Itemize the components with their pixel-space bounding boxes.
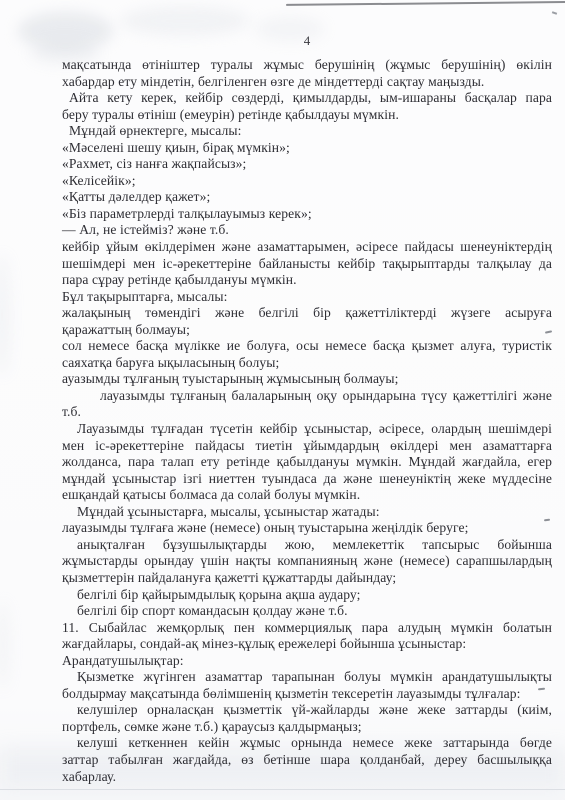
text-line: портфель, сөмке және т.б.) қараусыз қалд… (62, 719, 552, 736)
paragraph: Мұндай өрнектерге, мысалы: (62, 123, 552, 140)
text-line: жолданса, пара талап ету ретінде қабылда… (62, 454, 552, 471)
text-line: — Ал, не істейміз? және т.б. (62, 222, 552, 239)
text-line: белгілі бір қайырымдылық қорына ақша ауд… (62, 587, 552, 604)
paragraph: жалақының төмендігі және белгілі бір қаж… (62, 305, 552, 338)
paragraph: Мұндай ұсыныстарға, мысалы, ұсыныстар жа… (62, 504, 552, 521)
paragraph: сол немесе басқа мүлікке ие болуға, осы … (62, 338, 552, 371)
text-line: Мұндай ұсыныстарға, мысалы, ұсыныстар жа… (62, 504, 552, 521)
text-line: кейбір ұйым өкілдерімен және азаматтарым… (62, 239, 552, 256)
text-line: заттар табылған жағдайда, өз бетінше шар… (62, 752, 552, 769)
text-line: Бұл тақырыптарға, мысалы: (62, 289, 552, 306)
text-line: жұмыстарды орындау үшін нақты компанияны… (62, 553, 552, 570)
text-line: беру туралы өтініш (емеурін) ретінде қаб… (62, 107, 552, 124)
text-line: қаражаттың болмауы; (62, 322, 552, 339)
text-line: анықталған бұзушылықтарды жою, мемлекетт… (62, 537, 552, 554)
paragraph: «Мәселені шешу қиын, бірақ мүмкін»; (62, 140, 552, 157)
text-line: Лауазымды тұлғадан түсетін кейбір ұсыныс… (62, 421, 552, 438)
scan-edge-line (286, 1, 565, 6)
paragraph: «Біз параметрлерді талқылауымыз керек»; (62, 206, 552, 223)
text-line: ешқандай қатысы болмаса да солай болуы м… (62, 487, 552, 504)
text-line: белгілі бір спорт командасын қолдау және… (62, 603, 552, 620)
text-line: т.б. (62, 404, 552, 421)
paragraph: Қызметке жүгінген азаматтар тарапынан бо… (62, 669, 552, 702)
text-line: хабарлау. (62, 769, 552, 786)
text-line: Арандатушылықтар: (62, 653, 552, 670)
paragraph: келушілер орналасқан қызметтік үй-жайлар… (62, 702, 552, 735)
paragraph: 11. Сыбайлас жемқорлық пен коммерциялық … (62, 620, 552, 653)
text-line: 11. Сыбайлас жемқорлық пен коммерциялық … (62, 620, 552, 637)
text-line: жағдайлары, сондай-ақ мінез-құлық ережел… (62, 636, 552, 653)
document-page: 4 мақсатында өтініштер туралы жұмыс беру… (0, 0, 565, 800)
text-line: «Рахмет, сіз нанға жақпайсыз»; (62, 156, 552, 173)
paragraph: келуші кеткеннен кейін жұмыс орнында нем… (62, 735, 552, 785)
text-line: Айта кету керек, кейбір сөздерді, қимылд… (62, 90, 552, 107)
text-line: хабардар ету міндетін, белгіленген өзге … (62, 74, 552, 91)
paragraph: — Ал, не істейміз? және т.б. (62, 222, 552, 239)
paragraph: анықталған бұзушылықтарды жою, мемлекетт… (62, 537, 552, 587)
text-line: мұндай ұсыныстар ізгі ниеттен туындаса д… (62, 471, 552, 488)
text-line: қызметтерін пайдалануға қажетті құжаттар… (62, 570, 552, 587)
paragraph: «Қатты дәлелдер қажет»; (62, 189, 552, 206)
paragraph: ауазымды тұлғаның туыстарының жұмысының … (62, 371, 552, 388)
text-line: келушілер орналасқан қызметтік үй-жайлар… (62, 702, 552, 719)
text-line: болдырмау мақсатында бөлімшенің қызметін… (62, 686, 552, 703)
text-line: келуші кеткеннен кейін жұмыс орнында нем… (62, 735, 552, 752)
paragraph: Бұл тақырыптарға, мысалы: (62, 289, 552, 306)
paragraph: Айта кету керек, кейбір сөздерді, қимылд… (62, 90, 552, 123)
paragraph: Лауазымды тұлғадан түсетін кейбір ұсыныс… (62, 421, 552, 504)
text-line: лауазымды тұлғаға және (немесе) оның туы… (62, 520, 552, 537)
text-block: мақсатында өтініштер туралы жұмыс беруші… (62, 57, 552, 785)
text-line: Қызметке жүгінген азаматтар тарапынан бо… (62, 669, 552, 686)
paragraph: Арандатушылықтар: (62, 653, 552, 670)
text-line: «Мәселені шешу қиын, бірақ мүмкін»; (62, 140, 552, 157)
scan-smudge (0, 255, 10, 375)
page-number: 4 (62, 33, 552, 49)
text-line: пара сұрау ретінде қабылдануы мүмкін. (62, 272, 552, 289)
paragraph: белгілі бір қайырымдылық қорына ақша ауд… (62, 587, 552, 604)
text-line: жалақының төмендігі және белгілі бір қаж… (62, 305, 552, 322)
text-line: «Келісейік»; (62, 173, 552, 190)
text-line: «Қатты дәлелдер қажет»; (62, 189, 552, 206)
scan-bottom-edge (0, 789, 565, 790)
paragraph: «Рахмет, сіз нанға жақпайсыз»; (62, 156, 552, 173)
text-line: «Біз параметрлерді талқылауымыз керек»; (62, 206, 552, 223)
text-line: саяхатқа баруға ықыласының болуы; (62, 355, 552, 372)
text-line: мен іс-әрекеттеріне пайдасы тиетін ұйымд… (62, 438, 552, 455)
text-line: лауазымды тұлғаның балаларының оқу орынд… (62, 388, 552, 405)
paragraph: мақсатында өтініштер туралы жұмыс беруші… (62, 57, 552, 90)
paragraph: «Келісейік»; (62, 173, 552, 190)
scan-smudge (0, 600, 10, 690)
paragraph: лауазымды тұлғаға және (немесе) оның туы… (62, 520, 552, 537)
paragraph: лауазымды тұлғаның балаларының оқу орынд… (62, 388, 552, 421)
scan-smudge (120, 6, 250, 36)
text-line: Мұндай өрнектерге, мысалы: (62, 123, 552, 140)
text-line: мақсатында өтініштер туралы жұмыс беруші… (62, 57, 552, 74)
text-line: сол немесе басқа мүлікке ие болуға, осы … (62, 338, 552, 355)
paragraph: кейбір ұйым өкілдерімен және азаматтарым… (62, 239, 552, 289)
text-line: ауазымды тұлғаның туыстарының жұмысының … (62, 371, 552, 388)
paragraph: белгілі бір спорт командасын қолдау және… (62, 603, 552, 620)
scan-edge-tick (552, 11, 557, 15)
text-line: шешімдері мен іс-әрекеттеріне байланысты… (62, 256, 552, 273)
